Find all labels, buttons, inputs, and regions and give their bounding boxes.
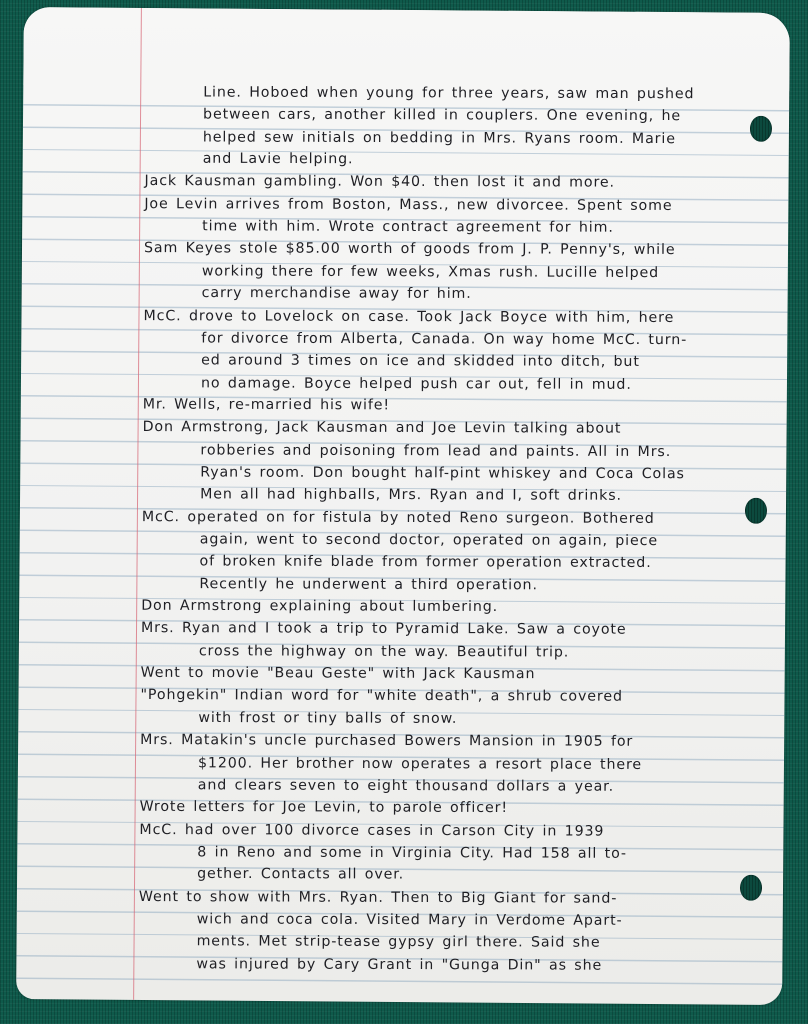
journal-entry-line: Mrs. Ryan and I took a trip to Pyramid L… xyxy=(141,619,627,639)
journal-entry-line: Wrote letters for Joe Levin, to parole o… xyxy=(140,798,508,817)
journal-entry-line: Went to movie "Beau Geste" with Jack Kau… xyxy=(141,664,536,683)
journal-entry-line: Don Armstrong explaining about lumbering… xyxy=(141,597,498,616)
journal-entry-line: McC. drove to Lovelock on case. Took Jac… xyxy=(143,307,674,327)
journal-entry-line: McC. had over 100 divorce cases in Carso… xyxy=(139,821,604,841)
journal-entry-line: Went to show with Mrs. Ryan. Then to Big… xyxy=(139,888,617,908)
journal-continuation-line: no damage. Boyce helped push car out, fe… xyxy=(201,374,632,394)
handwritten-text: Line. Hoboed when young for three years,… xyxy=(16,7,790,1005)
journal-continuation-line: between cars, another killed in couplers… xyxy=(203,106,681,126)
journal-continuation-line: with frost or tiny balls of snow. xyxy=(198,709,457,728)
journal-entry-line: "Pohgekin" Indian word for "white death"… xyxy=(140,686,622,706)
journal-entry-line: Don Armstrong, Jack Kausman and Joe Levi… xyxy=(143,418,622,438)
journal-continuation-line: ments. Met strip-tease gypsy girl there.… xyxy=(197,933,601,952)
journal-continuation-line: $1200. Her brother now operates a resort… xyxy=(198,754,642,774)
journal-continuation-line: ed around 3 times on ice and skidded int… xyxy=(201,352,640,372)
journal-continuation-line: cross the highway on the way. Beautiful … xyxy=(199,642,569,661)
journal-continuation-line: 8 in Reno and some in Virginia City. Had… xyxy=(197,843,627,862)
journal-continuation-line: Men all had highballs, Mrs. Ryan and I, … xyxy=(200,486,622,505)
journal-entry-line: McC. operated on for fistula by noted Re… xyxy=(142,508,655,528)
journal-continuation-line: was injured by Cary Grant in "Gunga Din"… xyxy=(196,955,602,974)
journal-continuation-line: wich and coca cola. Visited Mary in Verd… xyxy=(197,910,623,929)
journal-continuation-line: Line. Hoboed when young for three years,… xyxy=(203,83,694,103)
journal-continuation-line: Recently he underwent a third operation. xyxy=(199,575,538,594)
journal-entry-line: Mr. Wells, re-married his wife! xyxy=(143,395,390,414)
journal-continuation-line: again, went to second doctor, operated o… xyxy=(200,530,658,550)
journal-continuation-line: for divorce from Alberta, Canada. On way… xyxy=(201,329,687,349)
journal-entry-line: Sam Keyes stole $85.00 worth of goods fr… xyxy=(144,240,676,260)
journal-entry-line: Mrs. Matakin's uncle purchased Bowers Ma… xyxy=(140,731,633,751)
journal-continuation-line: working there for few weeks, Xmas rush. … xyxy=(202,262,659,282)
journal-continuation-line: of broken knife blade from former operat… xyxy=(200,553,652,573)
journal-entry-line: Jack Kausman gambling. Won $40. then los… xyxy=(145,172,615,192)
journal-continuation-line: Ryan's room. Don bought half-pint whiske… xyxy=(200,463,685,483)
journal-continuation-line: robberies and poisoning from lead and pa… xyxy=(200,441,671,461)
notebook-page: Line. Hoboed when young for three years,… xyxy=(16,7,790,1005)
journal-continuation-line: helped sew initials on bedding in Mrs. R… xyxy=(203,128,676,148)
journal-continuation-line: gether. Contacts all over. xyxy=(197,865,404,884)
journal-entry-line: Joe Levin arrives from Boston, Mass., ne… xyxy=(144,195,672,215)
journal-continuation-line: and Lavie helping. xyxy=(203,150,354,169)
journal-continuation-line: time with him. Wrote contract agreement … xyxy=(202,217,614,236)
journal-continuation-line: and clears seven to eight thousand dolla… xyxy=(198,776,614,795)
journal-continuation-line: carry merchandise away for him. xyxy=(202,284,472,303)
